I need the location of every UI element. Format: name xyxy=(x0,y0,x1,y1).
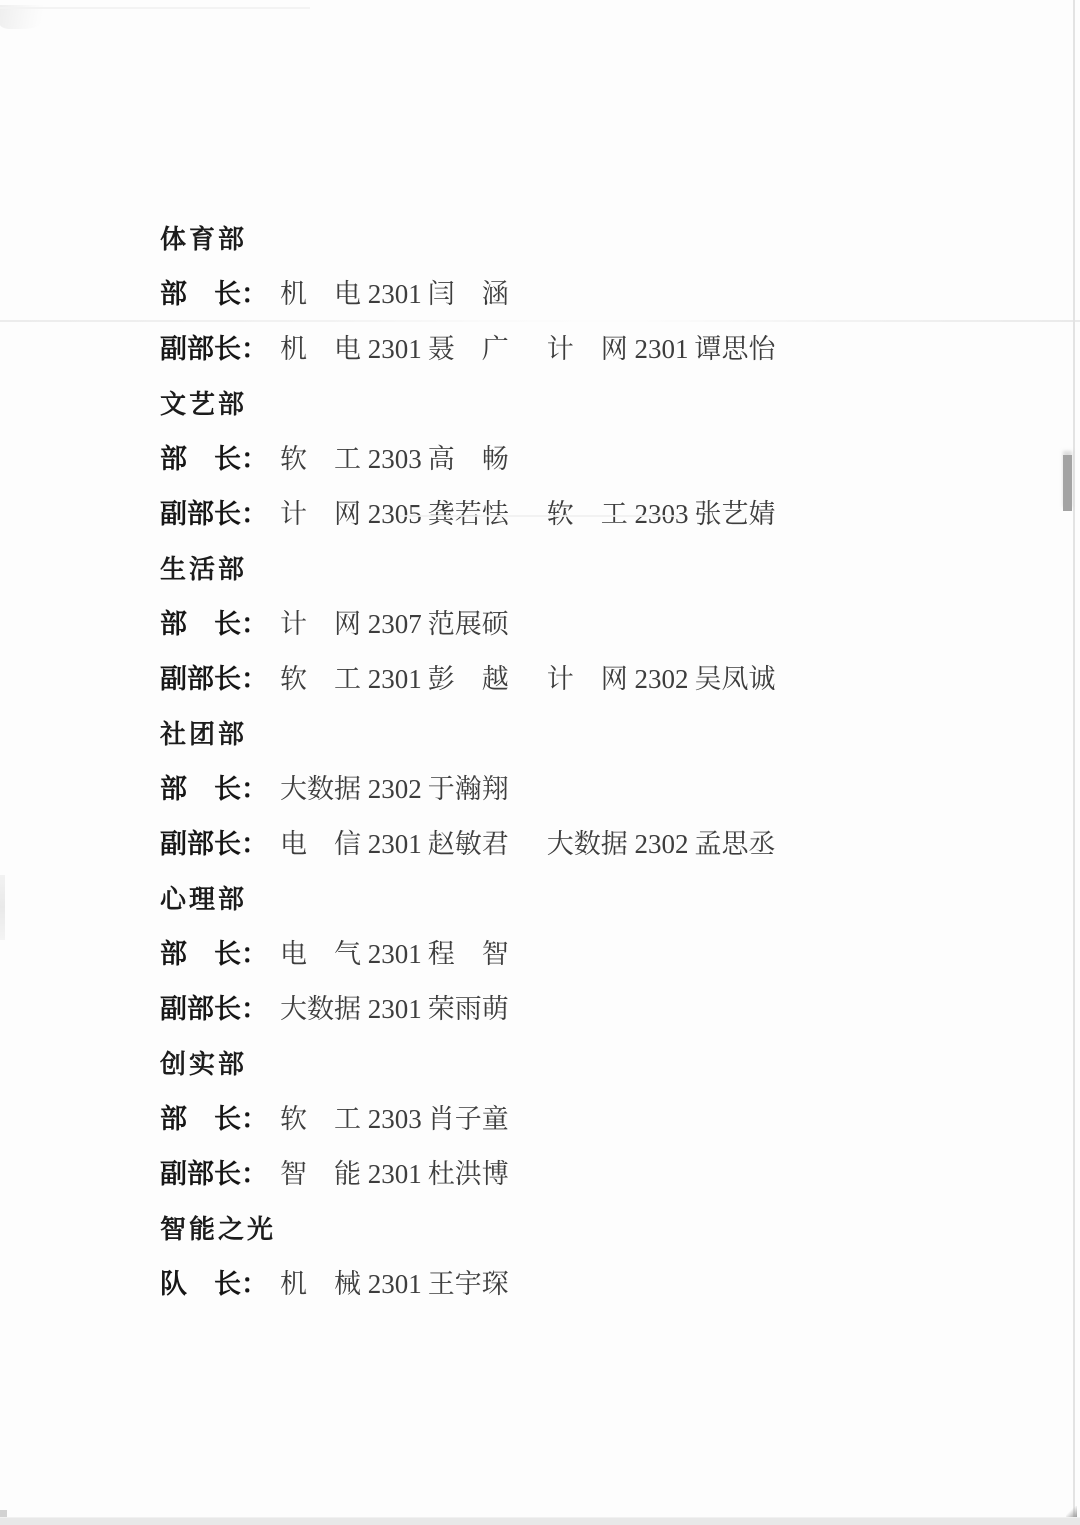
role-label: 副部长： xyxy=(160,664,268,694)
member-class: 机 械 2301 xyxy=(280,1269,422,1299)
member-name: 杜洪博 xyxy=(428,1159,509,1189)
member-class: 计 网 2307 xyxy=(280,609,422,639)
role-label: 部 长： xyxy=(160,444,268,474)
member-class: 计 网 2302 xyxy=(547,664,689,694)
roster-row: 副部长：智 能 2301杜洪博 xyxy=(160,1147,776,1202)
roster-row: 部 长：机 电 2301闫 涵 xyxy=(160,267,776,322)
member-name: 范展硕 xyxy=(428,609,509,639)
scan-strip-bottom xyxy=(0,1517,1080,1525)
member-class: 电 气 2301 xyxy=(280,939,422,969)
roster-row: 部 长：大数据 2302于瀚翔 xyxy=(160,762,776,817)
member-name: 彭 越 xyxy=(428,664,509,694)
member-entry: 大数据 2301荣雨萌 xyxy=(280,994,509,1024)
scan-smudge-top-left xyxy=(0,5,52,29)
member-entry: 计 网 2301谭思怡 xyxy=(547,334,776,364)
roster-row: 部 长：软 工 2303高 畅 xyxy=(160,432,776,487)
member-entry: 软 工 2303肖子童 xyxy=(280,1104,509,1134)
member-name: 闫 涵 xyxy=(428,279,509,309)
roster-row: 部 长：软 工 2303肖子童 xyxy=(160,1092,776,1147)
member-entry: 机 械 2301王宇琛 xyxy=(280,1269,509,1299)
member-entry: 计 网 2302吴凤诚 xyxy=(547,664,776,694)
roster-row: 部 长：电 气 2301程 智 xyxy=(160,927,776,982)
member-class: 大数据 2301 xyxy=(280,994,422,1024)
roster-row: 副部长：计 网 2305龚若怯软 工 2303张艺婧 xyxy=(160,487,776,542)
member-class: 计 网 2301 xyxy=(547,334,689,364)
member-name: 于瀚翔 xyxy=(428,774,509,804)
member-class: 大数据 2302 xyxy=(280,774,422,804)
member-class: 大数据 2302 xyxy=(547,829,689,859)
member-name: 程 智 xyxy=(428,939,509,969)
member-entry: 智 能 2301杜洪博 xyxy=(280,1159,509,1189)
roster-row: 副部长：大数据 2301荣雨萌 xyxy=(160,982,776,1037)
document-page: 体育部部 长：机 电 2301闫 涵副部长：机 电 2301聂 广计 网 230… xyxy=(0,0,1080,1525)
section-title: 生活部 xyxy=(160,542,776,597)
member-entry: 软 工 2303高 畅 xyxy=(280,444,509,474)
member-name: 张艺婧 xyxy=(695,499,776,529)
section-title: 智能之光 xyxy=(160,1202,776,1257)
scan-smudge-left-edge xyxy=(0,875,5,940)
role-label: 队 长： xyxy=(160,1269,268,1299)
scan-gray-bar-right xyxy=(1063,455,1072,511)
member-entry: 计 网 2307范展硕 xyxy=(280,609,509,639)
section-title: 文艺部 xyxy=(160,377,776,432)
member-name: 高 畅 xyxy=(428,444,509,474)
role-label: 部 长： xyxy=(160,609,268,639)
role-label: 副部长： xyxy=(160,499,268,529)
member-name: 孟思丞 xyxy=(695,829,776,859)
member-name: 龚若怯 xyxy=(428,499,509,529)
member-name: 谭思怡 xyxy=(695,334,776,364)
member-entry: 电 气 2301程 智 xyxy=(280,939,509,969)
scan-hairline-top xyxy=(0,7,310,9)
role-label: 部 长： xyxy=(160,774,268,804)
role-label: 副部长： xyxy=(160,994,268,1024)
member-class: 智 能 2301 xyxy=(280,1159,422,1189)
roster-row: 队 长：机 械 2301王宇琛 xyxy=(160,1257,776,1312)
role-label: 副部长： xyxy=(160,829,268,859)
member-entry: 电 信 2301赵敏君 xyxy=(280,829,509,859)
member-name: 肖子童 xyxy=(428,1104,509,1134)
member-class: 机 电 2301 xyxy=(280,334,422,364)
scan-mark-bottom-right xyxy=(1066,1506,1077,1517)
member-class: 软 工 2303 xyxy=(280,1104,422,1134)
member-name: 赵敏君 xyxy=(428,829,509,859)
member-class: 计 网 2305 xyxy=(280,499,422,529)
roster-row: 副部长：软 工 2301彭 越计 网 2302吴凤诚 xyxy=(160,652,776,707)
roster-row: 副部长：机 电 2301聂 广计 网 2301谭思怡 xyxy=(160,322,776,377)
member-entry: 大数据 2302孟思丞 xyxy=(547,829,776,859)
role-label: 部 长： xyxy=(160,1104,268,1134)
member-entry: 机 电 2301聂 广 xyxy=(280,334,509,364)
role-label: 副部长： xyxy=(160,334,268,364)
member-class: 软 工 2303 xyxy=(547,499,689,529)
roster-row: 部 长：计 网 2307范展硕 xyxy=(160,597,776,652)
member-name: 荣雨萌 xyxy=(428,994,509,1024)
section-title: 心理部 xyxy=(160,872,776,927)
roster-content: 体育部部 长：机 电 2301闫 涵副部长：机 电 2301聂 广计 网 230… xyxy=(160,212,776,1312)
member-entry: 机 电 2301闫 涵 xyxy=(280,279,509,309)
member-class: 机 电 2301 xyxy=(280,279,422,309)
member-class: 电 信 2301 xyxy=(280,829,422,859)
member-name: 吴凤诚 xyxy=(695,664,776,694)
member-entry: 软 工 2303张艺婧 xyxy=(547,499,776,529)
role-label: 副部长： xyxy=(160,1159,268,1189)
page-edge-line-right xyxy=(1073,0,1075,1525)
member-class: 软 工 2301 xyxy=(280,664,422,694)
roster-row: 副部长：电 信 2301赵敏君大数据 2302孟思丞 xyxy=(160,817,776,872)
role-label: 部 长： xyxy=(160,279,268,309)
member-name: 聂 广 xyxy=(428,334,509,364)
section-title: 体育部 xyxy=(160,212,776,267)
member-name: 王宇琛 xyxy=(428,1269,509,1299)
member-entry: 大数据 2302于瀚翔 xyxy=(280,774,509,804)
section-title: 社团部 xyxy=(160,707,776,762)
member-entry: 软 工 2301彭 越 xyxy=(280,664,509,694)
member-class: 软 工 2303 xyxy=(280,444,422,474)
member-entry: 计 网 2305龚若怯 xyxy=(280,499,509,529)
role-label: 部 长： xyxy=(160,939,268,969)
scan-mark-bottom-left xyxy=(0,1510,7,1517)
section-title: 创实部 xyxy=(160,1037,776,1092)
